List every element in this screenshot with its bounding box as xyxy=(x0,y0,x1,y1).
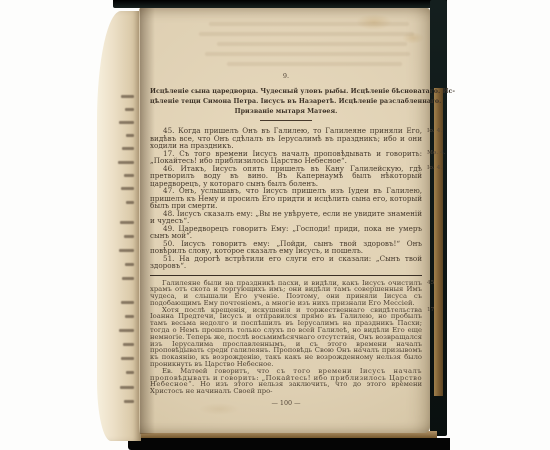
page-edge-text-fragment xyxy=(124,400,134,403)
verse-row: 45. Когда пришелъ Онъ въ Галилею, то Гал… xyxy=(150,127,422,150)
bleed-through-line xyxy=(209,22,409,26)
page-content: 9. Исцѣленіе сына царедворца. Чудесный у… xyxy=(150,72,422,413)
verse-text: Итакъ, Іисусъ опять пришелъ въ Кану Гали… xyxy=(150,164,422,188)
page-edge-text-fragment xyxy=(125,263,134,266)
verse-row: 48. Іисусъ сказалъ ему: „Вы не увѣруете,… xyxy=(150,210,422,225)
book-cover-top-edge xyxy=(113,0,447,8)
page-edge-text-fragment xyxy=(121,301,134,304)
commentary: Галилеяне были на праздникѣ пасхи, и вид… xyxy=(150,280,422,396)
page-edge-text-fragment xyxy=(121,357,134,360)
verse-text: На дорогѣ встрѣтили его слуги его и сказ… xyxy=(150,254,422,271)
margin-verse-number: 17 xyxy=(427,307,434,314)
bleed-through-line xyxy=(227,62,402,66)
bleed-through-line xyxy=(199,32,414,36)
verse-row: 49. Царедворецъ говоритъ Ему: „Господи! … xyxy=(150,225,422,240)
page-edge-text-fragment xyxy=(119,121,134,124)
chapter-heading: Исцѣленіе сына царедворца. Чудесный улов… xyxy=(150,87,422,117)
page-edge-text-fragment xyxy=(125,108,134,111)
verse-row: 46. Итакъ, Іисусъ опять пришелъ въ Кану … xyxy=(150,165,422,188)
margin-reference: Мѳ. 4. xyxy=(427,150,446,157)
section-divider xyxy=(150,275,422,276)
page-edge-text-fragment xyxy=(119,329,134,332)
commentary-paragraph: Хотя послѣ крещенія, искушенія и торжест… xyxy=(150,307,422,368)
page-edge-text-fragment xyxy=(120,386,134,389)
commentary-paragraph: Галилеяне были на праздникѣ пасхи, и вид… xyxy=(150,280,422,307)
verse-row: 51. На дорогѣ встрѣтили его слуги его и … xyxy=(150,255,422,270)
page-edge-text-fragment xyxy=(118,161,134,164)
page-edge-text-fragment xyxy=(124,174,134,177)
bleed-through-line xyxy=(205,52,410,56)
margin-reference: Іо. 4. xyxy=(427,128,442,135)
verse-row: 47. Онъ, услышавъ, что Іисусъ пришелъ из… xyxy=(150,187,422,210)
page-edge-text-fragment xyxy=(124,235,134,238)
page-edge-text-fragment xyxy=(120,221,134,224)
section-number: 9. xyxy=(150,72,422,80)
commentary-text: Галилеяне были на праздникѣ пасхи, и вид… xyxy=(150,279,422,307)
verse-text: Онъ, услышавъ, что Іисусъ пришелъ изъ Іу… xyxy=(150,186,422,210)
page-edge-text-fragment xyxy=(121,95,134,98)
margin-verse-number: 45 xyxy=(427,280,434,287)
page-edge-text-fragment xyxy=(122,147,134,150)
facing-page-edge xyxy=(97,11,141,441)
heading-line: цѣленіе тещи Симона Петра. Іисусъ въ Наз… xyxy=(150,97,422,107)
page-edge-text-fragment xyxy=(123,343,134,346)
page-edge-text-fragment xyxy=(121,187,134,190)
page-edge-text-fragment xyxy=(126,201,134,204)
verses: 45. Когда пришелъ Онъ въ Галилею, то Гал… xyxy=(150,127,422,270)
page-edge-text-fragment xyxy=(125,315,134,318)
commentary-text: Хотя послѣ крещенія, искушенія и торжест… xyxy=(150,306,422,368)
page-edge-text-fragment xyxy=(122,277,134,280)
verse-text: Когда пришелъ Онъ въ Галилею, то Галилея… xyxy=(150,126,422,150)
book-photo: 9. Исцѣленіе сына царедворца. Чудесный у… xyxy=(0,0,550,450)
commentary-paragraph: Ев. Матѳей говоритъ, что съ того времени… xyxy=(150,368,422,395)
book-page: 9. Исцѣленіе сына царедворца. Чудесный у… xyxy=(139,8,430,433)
heading-divider xyxy=(260,120,312,121)
heading-line: Призваніе мытаря Матѳея. xyxy=(150,107,422,117)
page-stain xyxy=(356,14,392,30)
margin-reference: Іо. 4. xyxy=(427,165,442,172)
page-edge-text-fragment xyxy=(119,249,134,252)
page-edge-text-fragment xyxy=(126,371,134,374)
book-cover-bottom-edge xyxy=(128,438,450,450)
heading-line: Исцѣленіе сына царедворца. Чудесный улов… xyxy=(150,87,422,97)
page-number-footer: — 100 — xyxy=(150,399,422,407)
page-stain xyxy=(402,32,424,44)
bleed-through-line xyxy=(217,42,407,46)
verse-row: 17. Съ того времени Іисусъ началъ пропов… xyxy=(150,150,422,165)
page-edge-text-fragment xyxy=(126,134,134,137)
verse-row: 50. Іисусъ говоритъ ему: „Пойди, сынъ тв… xyxy=(150,240,422,255)
